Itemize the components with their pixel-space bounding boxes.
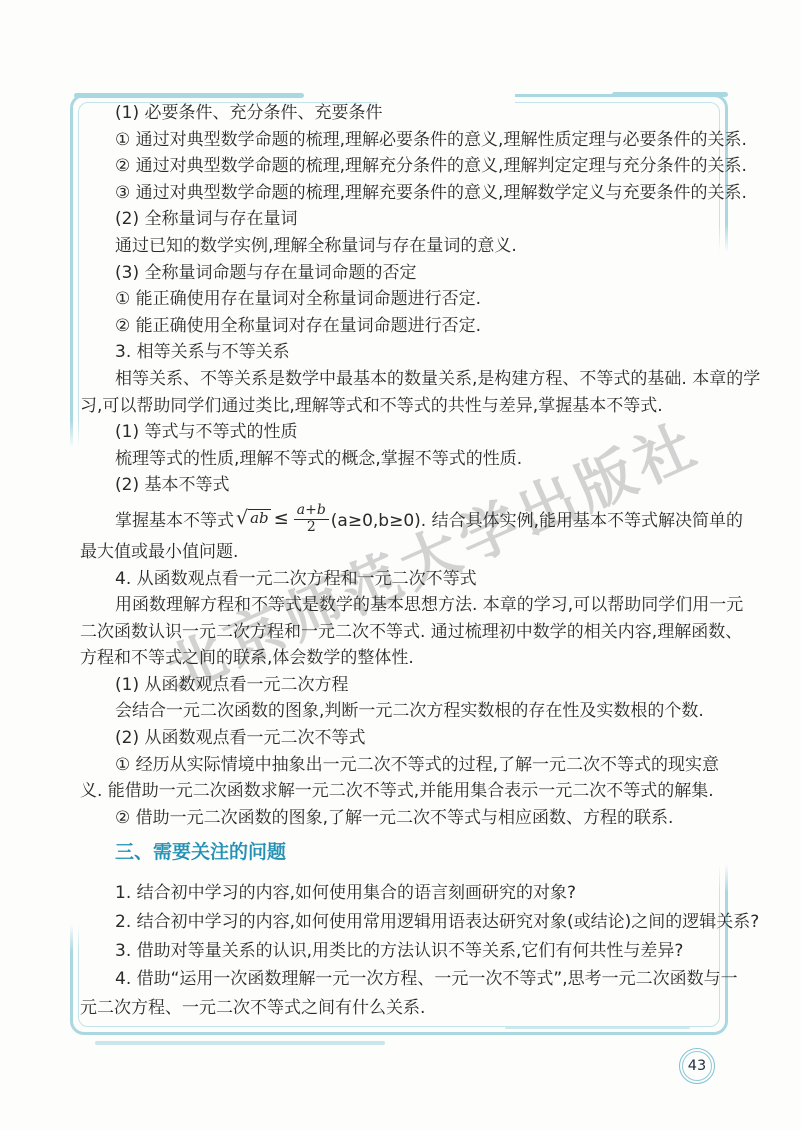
section-heading: 三、需要关注的问题 <box>80 837 720 867</box>
lines-before-formula: (1) 必要条件、充分条件、充要条件① 通过对典型数学命题的梳理,理解必要条件的… <box>80 100 720 499</box>
text-line: ① 经历从实际情境中抽象出一元二次不等式的过程,了解一元二次不等式的现实意 <box>80 752 720 779</box>
text-line: ① 通过对典型数学命题的梳理,理解必要条件的意义,理解性质定理与必要条件的关系. <box>80 127 720 154</box>
body-text: (1) 必要条件、充分条件、充要条件① 通过对典型数学命题的梳理,理解必要条件的… <box>80 100 720 1022</box>
text-line: ③ 通过对典型数学命题的梳理,理解充要条件的意义,理解数学定义与充要条件的关系. <box>80 180 720 207</box>
frame-gap-top-outer <box>300 90 515 99</box>
text-line: 1. 结合初中学习的内容,如何使用集合的语言刻画研究的对象? <box>80 879 720 908</box>
text-line: (1) 必要条件、充分条件、充要条件 <box>80 100 720 127</box>
text-line: 二次函数认识一元二次方程和一元二次不等式. 通过梳理初中数学的相关内容,理解函数… <box>80 619 720 646</box>
text-line: 相等关系、不等关系是数学中最基本的数量关系,是构建方程、不等式的基础. 本章的学 <box>80 366 720 393</box>
frame-accent-stroke <box>74 93 304 98</box>
formula-prefix: 掌握基本不等式 <box>115 506 234 531</box>
page-number: 43 <box>688 1058 706 1074</box>
square-root-expression: √ ab <box>236 509 271 528</box>
frame-accent-stroke <box>505 1027 690 1029</box>
text-line: 方程和不等式之间的联系,体会数学的整体性. <box>80 645 720 672</box>
text-line: ② 借助一元二次函数的图象,了解一元二次不等式与相应函数、方程的联系. <box>80 805 720 832</box>
radicand: ab <box>248 509 271 527</box>
page-number-badge: 43 <box>679 1048 715 1084</box>
text-line: 3. 相等关系与不等关系 <box>80 339 720 366</box>
text-line: ② 能正确使用全称量词对存在量词命题进行否定. <box>80 313 720 340</box>
fraction: a+b 2 <box>294 503 329 535</box>
text-line: 3. 借助对等量关系的认识,用类比的方法认识不等关系,它们有何共性与差异? <box>80 937 720 966</box>
lines-after-formula: 最大值或最小值问题.4. 从函数观点看一元二次方程和一元二次不等式用函数理解方程… <box>80 539 720 832</box>
question-lines: 1. 结合初中学习的内容,如何使用集合的语言刻画研究的对象?2. 结合初中学习的… <box>80 879 720 1022</box>
text-line: ① 能正确使用存在量词对全称量词命题进行否定. <box>80 286 720 313</box>
frame-accent-stroke <box>612 92 728 97</box>
text-line: 习,可以帮助同学们通过类比,理解等式和不等式的共性与差异,掌握基本不等式. <box>80 393 720 420</box>
text-line: 梳理等式的性质,理解不等式的概念,掌握不等式的性质. <box>80 446 720 473</box>
text-line: (2) 全称量词与存在量词 <box>80 206 720 233</box>
frame-accent-stroke <box>95 1041 385 1045</box>
radical-sign: √ <box>236 509 248 528</box>
less-equal-sign: ≤ <box>274 508 289 529</box>
text-line: 4. 从函数观点看一元二次方程和一元二次不等式 <box>80 566 720 593</box>
text-line: 元二次方程、一元二次不等式之间有什么关系. <box>80 994 720 1023</box>
text-line: 最大值或最小值问题. <box>80 539 720 566</box>
formula-suffix: (a≥0,b≥0). 结合具体实例,能用基本不等式解决简单的 <box>331 506 743 531</box>
text-line: (1) 等式与不等式的性质 <box>80 419 720 446</box>
fraction-denominator: 2 <box>294 520 329 535</box>
text-line: 4. 借助“运用一次函数理解一元一次方程、一元一次不等式”,思考一元二次函数与一 <box>80 965 720 994</box>
text-line: (3) 全称量词命题与存在量词命题的否定 <box>80 260 720 287</box>
text-line: 2. 结合初中学习的内容,如何使用常用逻辑用语表达研究对象(或结论)之间的逻辑关… <box>80 908 720 937</box>
fraction-numerator: a+b <box>294 503 329 520</box>
basic-inequality-formula-line: 掌握基本不等式 √ ab ≤ a+b 2 (a≥0,b≥0). 结合具体实例,能… <box>80 499 720 539</box>
text-line: (1) 从函数观点看一元二次方程 <box>80 672 720 699</box>
text-line: (2) 从函数观点看一元二次不等式 <box>80 725 720 752</box>
text-line: 会结合一元二次函数的图象,判断一元二次方程实数根的存在性及实数根的个数. <box>80 698 720 725</box>
text-line: 义. 能借助一元二次函数求解一元二次不等式,并能用集合表示一元二次不等式的解集. <box>80 778 720 805</box>
text-line: 用函数理解方程和不等式是数学的基本思想方法. 本章的学习,可以帮助同学们用一元 <box>80 592 720 619</box>
text-line: ② 通过对典型数学命题的梳理,理解充分条件的意义,理解判定定理与充分条件的关系. <box>80 153 720 180</box>
text-line: 通过已知的数学实例,理解全称量词与存在量词的意义. <box>80 233 720 260</box>
text-line: (2) 基本不等式 <box>80 472 720 499</box>
